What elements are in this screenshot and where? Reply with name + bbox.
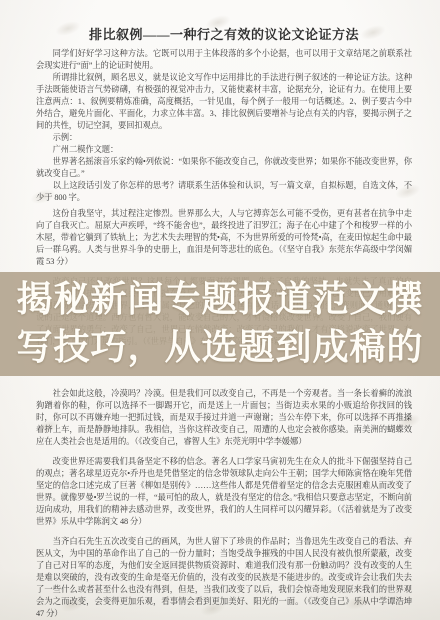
- paragraph-task: 以上这段话引发了你怎样的思考？请联系生活体验和认识，写一篇文章，自拟标题，自选文…: [36, 180, 412, 204]
- paragraph-essay-1: 这份自我坚守，其过程注定惨烈。世界那么大，人与它搏弈怎么可能不受伤，更有甚者在抗…: [36, 208, 412, 268]
- paragraph-exam-title: 广州二模作文题：: [36, 144, 412, 156]
- paragraph-essay-5: 当齐白石先生五次改变自己的画风，为世人留下了珍贵的作品时；当鲁迅先生改变自己的看…: [36, 536, 412, 620]
- paragraph-essay-4: 改变世界还需要我们具备坚定不移的信念。著名人口学家马寅初先生在众人的批斗下倔强坚…: [36, 456, 412, 528]
- document-sheet: 排比叙例——一种行之有效的议论文论证方法 同学们好好学习这种方法。它既可以用于主…: [0, 0, 440, 620]
- page-title: 排比叙例——一种行之有效的议论文论证方法: [36, 24, 412, 40]
- banner-line-1: 揭秘新闻专题报道范文撰: [16, 277, 423, 323]
- scanned-document-page: { "doc": { "title": "排比叙例——一种行之有效的议论文论证方…: [0, 0, 440, 620]
- paragraph-example-label: 示例：: [36, 132, 412, 144]
- banner-line-2: 写技巧，从选题到成稿的: [16, 325, 423, 371]
- paragraph-essay-3: 社会如此这般，冷漠吗？冷漠。但是我们可以改变自己，不再是一个旁观者。当一条长着癣…: [36, 388, 412, 448]
- promo-title-overlay: 揭秘新闻专题报道范文撰 写技巧，从选题到成稿的: [0, 272, 440, 376]
- paragraph-intro: 同学们好好学习这种方法。它既可以用于主体段落的多个小论据，也可以用于文章结尾之前…: [36, 48, 412, 72]
- paragraph-quote: 世界著名摇滚音乐家约翰•列侬说：“如果你不能改变自己，你就改变世界；如果你不能改…: [36, 156, 412, 180]
- paragraph-method: 所谓排比叙例，顾名思义，就是议论文写作中运用排比的手法进行例子叙述的一种论证方法…: [36, 72, 412, 132]
- banner-zone: 改变自己还是改变世界？这是每个人都要面对的课题。失去了自我的坚持，也就失去了真正…: [0, 272, 440, 376]
